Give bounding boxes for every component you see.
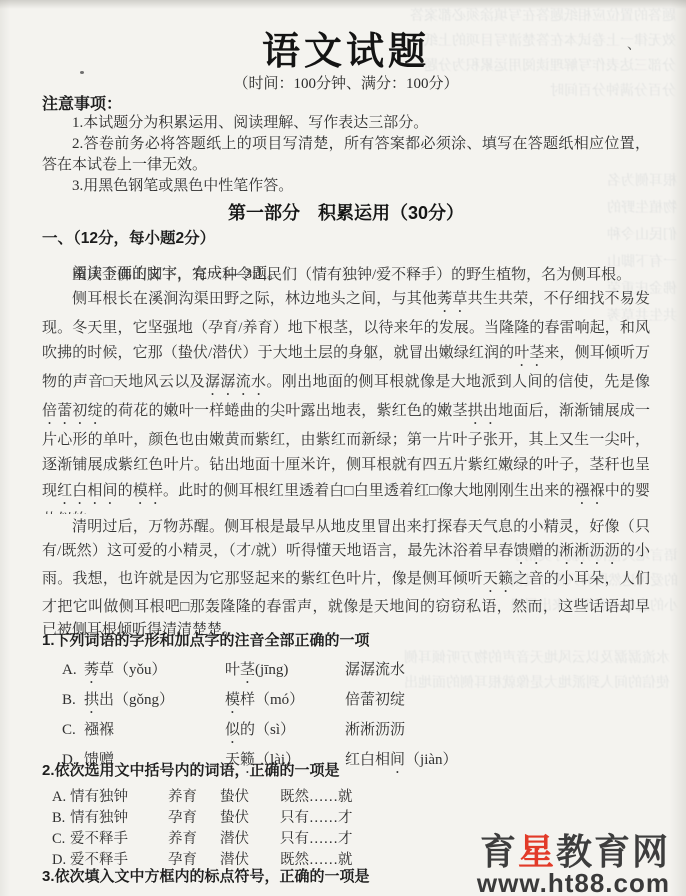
watermark-url: www.ht88.com [477, 871, 670, 896]
question-text: 下列词语的字形和加点字的注音全部正确的一项 [55, 632, 370, 649]
passage-paragraph: 清明过后，万物苏醒。侧耳根是最早从地皮里冒出来打探春天气息的小精灵，好像（只有/… [42, 516, 650, 635]
exam-time-score-subtitle: （时间：100分钟、满分：100分） [42, 72, 650, 93]
question-2-stem: 2.依次选用文中括号内的词语，正确的一项是 [42, 762, 650, 780]
watermark-brand-logo: 育星教育网 [477, 833, 670, 871]
notice-item: 2.答卷前务必将答题纸上的项目写清楚，所有答案都必须涂、填写在答题纸相应位置，答… [42, 134, 650, 176]
passage-paragraph: 侧耳根长在溪涧沟渠田野之际，林边地头之间，与其他莠草共生共荣，不仔细找不易发现。… [42, 287, 650, 514]
question-1-stem: 1.下列词语的字形和加点字的注音全部正确的一项 [42, 632, 650, 650]
question-1-options: A.莠草（yǒu）叶茎(jīng)潺潺流水 B.拱出（gǒng）模样（mó）倍蕾… [42, 657, 650, 777]
notice-list: 1.本试题分为积累运用、阅读理解、写作表达三部分。 2.答卷前务必将答题纸上的项… [42, 113, 650, 197]
passage-paragraph: 重庆金佛山脚下，有一种令山民们（情有独钟/爱不释手）的野生植物，名为侧耳根。 [42, 263, 650, 287]
option-a: A.情有独钟养育蛰伏既然……就 [42, 787, 650, 808]
question-text: 依次选用文中括号内的词语，正确的一项是 [55, 762, 340, 779]
question-1: 1.下列词语的字形和加点字的注音全部正确的一项 A.莠草（yǒu）叶茎(jīng… [42, 632, 650, 777]
notice-item: 1.本试题分为积累运用、阅读理解、写作表达三部分。 [42, 113, 650, 134]
scanned-exam-page: 题答的置位应相纸题答在写填涂须必都案答 效无律一上卷试本在答楚清写目项的上纸 分… [0, 0, 686, 896]
section-heading: 第一部分 积累运用（30分） [42, 199, 650, 225]
question-number: 3. [42, 868, 55, 885]
option-b: B.拱出（gǒng）模样（mó）倍蕾初绽 [42, 687, 650, 717]
question-number: 1. [42, 632, 55, 649]
option-c: C.襁褓似的（sì）淅淅沥沥 [42, 717, 650, 747]
notice-item: 3.用黑色钢笔或黑色中性笔作答。 [42, 176, 650, 197]
option-a: A.莠草（yǒu）叶茎(jīng)潺潺流水 [42, 657, 650, 687]
page-title: 语文试题 [42, 20, 650, 75]
option-b: B.情有独钟孕育蛰伏只有……才 [42, 808, 650, 829]
watermark: 育星教育网 www.ht88.com [477, 833, 670, 896]
section-subheading: 一、（12分，每小题2分） [42, 226, 650, 248]
question-text: 依次填入文中方框内的标点符号，正确的一项是 [55, 868, 370, 885]
question-number: 2. [42, 762, 55, 779]
notice-heading: 注意事项： [42, 91, 650, 114]
